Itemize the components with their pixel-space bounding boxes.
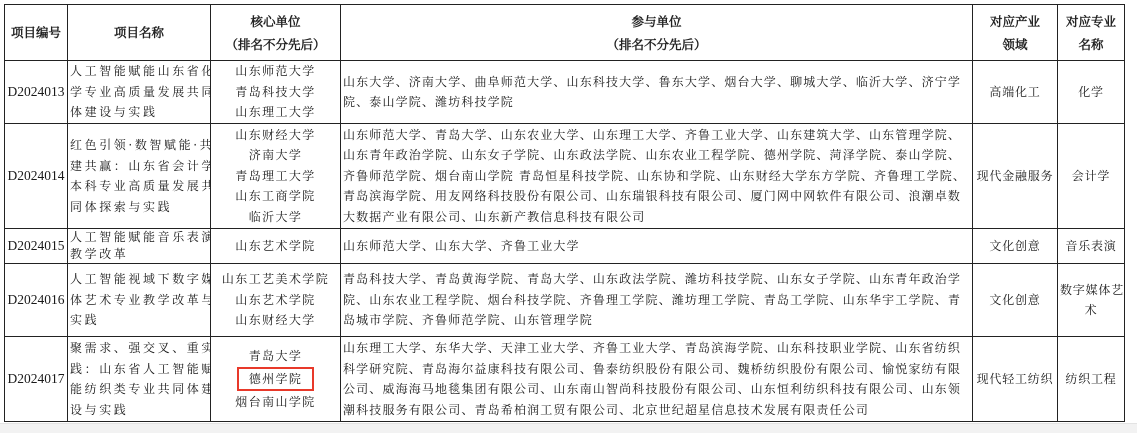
- project-id: D2024015: [5, 229, 68, 264]
- project-name-line: 同体探索与实践: [70, 197, 208, 218]
- core-unit: 山东理工大学: [213, 102, 338, 123]
- major-name: 数字媒体艺 术: [1058, 264, 1125, 337]
- project-name-line: 设与实践: [70, 400, 208, 421]
- header-participants-line1: 参与单位: [343, 10, 970, 33]
- table-row: D2024013 人工智能赋能山东省化 学专业高质量发展共同 体建设与实践 山东…: [5, 61, 1125, 124]
- core-unit: 烟台南山学院: [213, 392, 338, 413]
- header-industry-line2: 领域: [975, 33, 1055, 56]
- project-name-line: 人工智能赋能山东省化: [70, 61, 208, 82]
- project-id: D2024013: [5, 61, 68, 124]
- participant-units: 山东大学、济南大学、曲阜师范大学、山东科技大学、鲁东大学、烟台大学、聊城大学、临…: [341, 61, 973, 124]
- core-unit: 山东艺术学院: [213, 290, 338, 311]
- industry-field: 现代轻工纺织: [973, 337, 1058, 422]
- project-name: 人工智能赋能山东省化 学专业高质量发展共同 体建设与实践: [68, 61, 211, 124]
- header-row: 项目编号 项目名称 核心单位 （排名不分先后） 参与单位 （排名不分先后） 对应…: [5, 5, 1125, 61]
- table-row: D2024014 红色引领·数智赋能·共 建共赢：山东省会计学 本科专业高质量发…: [5, 124, 1125, 229]
- header-name: 项目名称: [68, 5, 211, 61]
- core-unit: 青岛大学: [213, 346, 338, 367]
- core-units: 山东师范大学 青岛科技大学 山东理工大学: [211, 61, 341, 124]
- industry-field: 高端化工: [973, 61, 1058, 124]
- header-major: 对应专业 名称: [1058, 5, 1125, 61]
- participant-units: 青岛科技大学、青岛黄海学院、青岛大学、山东政法学院、潍坊科技学院、山东女子学院、…: [341, 264, 973, 337]
- participant-units: 山东理工大学、东华大学、天津工业大学、齐鲁工业大学、青岛滨海学院、山东科技职业学…: [341, 337, 973, 422]
- header-major-line2: 名称: [1060, 33, 1122, 56]
- header-participants: 参与单位 （排名不分先后）: [341, 5, 973, 61]
- project-id: D2024017: [5, 337, 68, 422]
- core-units: 山东艺术学院: [211, 229, 341, 264]
- table-row: D2024016 人工智能视域下数字媒 体艺术专业教学改革与 实践 山东工艺美术…: [5, 264, 1125, 337]
- core-unit: 山东财经大学: [213, 125, 338, 146]
- project-table: 项目编号 项目名称 核心单位 （排名不分先后） 参与单位 （排名不分先后） 对应…: [4, 4, 1125, 422]
- project-name-line: 人工智能视域下数字媒: [70, 269, 208, 290]
- project-name: 人工智能赋能音乐表演 教学改革: [68, 229, 211, 264]
- document-page: 项目编号 项目名称 核心单位 （排名不分先后） 参与单位 （排名不分先后） 对应…: [0, 0, 1137, 433]
- core-unit: 山东工艺美术学院: [213, 269, 338, 290]
- project-name: 聚需求、强交叉、重实 践：山东省人工智能赋 能纺织类专业共同体建 设与实践: [68, 337, 211, 422]
- core-unit: 青岛科技大学: [213, 82, 338, 103]
- header-participants-line2: （排名不分先后）: [343, 33, 970, 56]
- core-unit: 山东艺术学院: [213, 236, 338, 257]
- major-name: 音乐表演: [1058, 229, 1125, 264]
- project-name-line: 建共赢：山东省会计学: [70, 156, 208, 177]
- project-name-line: 体建设与实践: [70, 102, 208, 123]
- core-units: 山东工艺美术学院 山东艺术学院 山东财经大学: [211, 264, 341, 337]
- project-id: D2024016: [5, 264, 68, 337]
- participant-units: 山东师范大学、青岛大学、山东农业大学、山东理工大学、齐鲁工业大学、山东建筑大学、…: [341, 124, 973, 229]
- project-name-line: 聚需求、强交叉、重实: [70, 338, 208, 359]
- header-id: 项目编号: [5, 5, 68, 61]
- project-name-line: 教学改革: [70, 246, 208, 263]
- core-unit: 山东财经大学: [213, 310, 338, 331]
- header-industry: 对应产业 领域: [973, 5, 1058, 61]
- project-name-line: 本科专业高质量发展共: [70, 176, 208, 197]
- project-name-line: 体艺术专业教学改革与: [70, 290, 208, 311]
- project-name-line: 人工智能赋能音乐表演: [70, 229, 208, 246]
- project-id: D2024014: [5, 124, 68, 229]
- core-unit: 青岛理工大学: [213, 166, 338, 187]
- major-name-line: 术: [1060, 300, 1122, 321]
- project-name-line: 践：山东省人工智能赋: [70, 359, 208, 380]
- core-unit: 山东工商学院: [213, 186, 338, 207]
- table-row: D2024017 聚需求、强交叉、重实 践：山东省人工智能赋 能纺织类专业共同体…: [5, 337, 1125, 422]
- project-name-line: 红色引领·数智赋能·共: [70, 135, 208, 156]
- core-unit: 济南大学: [213, 145, 338, 166]
- project-name: 红色引领·数智赋能·共 建共赢：山东省会计学 本科专业高质量发展共 同体探索与实…: [68, 124, 211, 229]
- table-row: D2024015 人工智能赋能音乐表演 教学改革 山东艺术学院 山东师范大学、山…: [5, 229, 1125, 264]
- industry-field: 现代金融服务: [973, 124, 1058, 229]
- major-name: 纺织工程: [1058, 337, 1125, 422]
- participant-units: 山东师范大学、山东大学、齐鲁工业大学: [341, 229, 973, 264]
- core-units: 山东财经大学 济南大学 青岛理工大学 山东工商学院 临沂大学: [211, 124, 341, 229]
- industry-field: 文化创意: [973, 229, 1058, 264]
- header-core-line2: （排名不分先后）: [213, 33, 338, 56]
- header-industry-line1: 对应产业: [975, 10, 1055, 33]
- project-name-line: 学专业高质量发展共同: [70, 82, 208, 103]
- major-name-line: 数字媒体艺: [1060, 280, 1122, 301]
- page-bottom-strip: [0, 423, 1137, 433]
- project-name-line: 实践: [70, 310, 208, 331]
- major-name: 化学: [1058, 61, 1125, 124]
- core-unit-highlighted: 德州学院: [213, 366, 338, 392]
- header-core: 核心单位 （排名不分先后）: [211, 5, 341, 61]
- core-units: 青岛大学 德州学院 烟台南山学院: [211, 337, 341, 422]
- project-name: 人工智能视域下数字媒 体艺术专业教学改革与 实践: [68, 264, 211, 337]
- header-major-line1: 对应专业: [1060, 10, 1122, 33]
- core-unit: 山东师范大学: [213, 61, 338, 82]
- project-name-line: 能纺织类专业共同体建: [70, 379, 208, 400]
- highlight-box: 德州学院: [237, 367, 315, 391]
- header-core-line1: 核心单位: [213, 10, 338, 33]
- core-unit: 临沂大学: [213, 207, 338, 228]
- industry-field: 文化创意: [973, 264, 1058, 337]
- major-name: 会计学: [1058, 124, 1125, 229]
